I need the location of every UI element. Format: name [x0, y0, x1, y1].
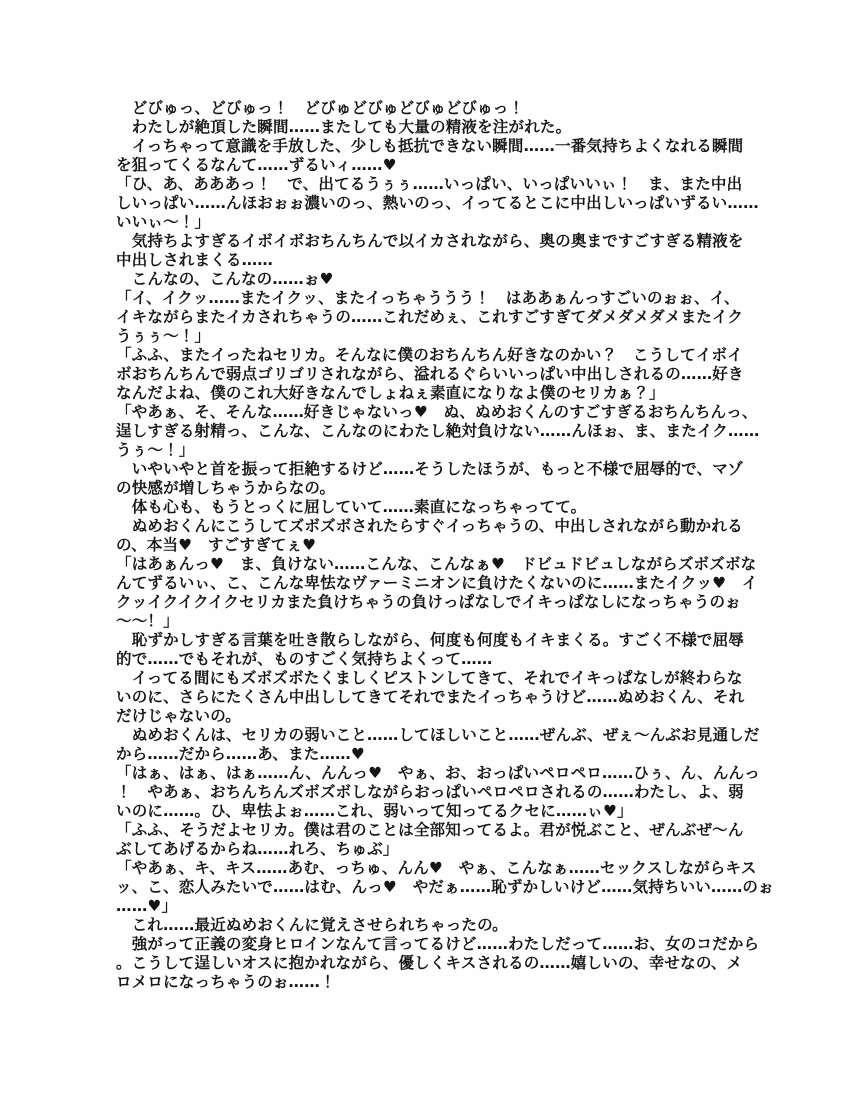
- text-line: 気持ちよすぎるイボイボおちんちんで以イカされながら、奥の奥まですごすぎる精液を: [116, 232, 764, 251]
- body-text: どびゅっ、どびゅっ！ どびゅどびゅどびゅどびゅっ！ わたしが絶頂した瞬間……また…: [116, 99, 764, 992]
- text-line: これ……最近ぬめおくんに覚えさせられちゃったの。: [116, 916, 764, 935]
- text-line: 中出しされまくる……: [116, 251, 764, 270]
- text-line: いやいやと首を振って拒絶するけど……そうしたほうが、もっと不様で屈辱的で、マゾ: [116, 460, 764, 479]
- text-line: クッイクイクイクセリカまた負けちゃうの負けっぱなしでイキっぱなしになっちゃうのぉ: [116, 593, 764, 612]
- text-line: 体も心も、もうとっくに屈していて……素直になっちゃってて。: [116, 498, 764, 517]
- text-line: ッ、こ、恋人みたいで……はむ、んっ♥ やだぁ……恥ずかしいけど……気持ちいい………: [116, 878, 764, 897]
- text-line: 「はぁ、はぁ、はぁ……ん、んんっ♥ やぁ、お、おっぱいペロペロ……ひぅ、ん、んん…: [116, 764, 764, 783]
- text-line: から……だから……あ、また……♥: [116, 745, 764, 764]
- text-line: うぅぅ～！」: [116, 327, 764, 346]
- text-line: どびゅっ、どびゅっ！ どびゅどびゅどびゅどびゅっ！: [116, 99, 764, 118]
- text-line: いのに、さらにたくさん中出ししてきてそれでまたイっちゃうけど……ぬめおくん、それ: [116, 688, 764, 707]
- text-line: の、本当♥ すごすぎてぇ♥: [116, 536, 764, 555]
- text-line: わたしが絶頂した瞬間……またしても大量の精液を注がれた。: [116, 118, 764, 137]
- text-line: ぶしてあげるからね……れろ、ちゅぶ」: [116, 840, 764, 859]
- text-line: 「ひ、あ、あああっ！ で、出てるうぅぅ……いっぱい、いっぱいいぃ！ ま、また中出: [116, 175, 764, 194]
- text-line: 逞しすぎる射精っ、こんな、こんなのにわたし絶対負けない……んほぉ、ま、またイク……: [116, 422, 764, 441]
- text-line: いのに……。ひ、卑怯よぉ……これ、弱いって知ってるクセに……ぃ♥」: [116, 802, 764, 821]
- text-line: イっちゃって意識を手放した、少しも抵抗できない瞬間……一番気持ちよくなれる瞬間: [116, 137, 764, 156]
- text-line: んてずるいぃ、こ、こんな卑怯なヴァーミニオンに負けたくないのに……またイクッ♥ …: [116, 574, 764, 593]
- text-line: 強がって正義の変身ヒロインなんて言ってるけど……わたしだって……お、女のコだから: [116, 935, 764, 954]
- text-line: の快感が増しちゃうからなの。: [116, 479, 764, 498]
- text-line: 「やあぁ、そ、そんな……好きじゃないっ♥ ぬ、ぬめおくんのすごすぎるおちんちんっ…: [116, 403, 764, 422]
- text-line: こんなの、こんなの……ぉ♥: [116, 270, 764, 289]
- text-line: 恥ずかしすぎる言葉を吐き散らしながら、何度も何度もイキまくる。すごく不様で屈辱: [116, 631, 764, 650]
- text-line: ！ やあぁ、おちんちんズボズボしながらおっぱいペロペロされるの……わたし、よ、弱: [116, 783, 764, 802]
- text-line: 「はあぁんっ♥ ま、負けない……こんな、こんなぁ♥ ドビュドビュしながらズボズボ…: [116, 555, 764, 574]
- text-line: なんだよね、僕のこれ大好きなんでしょねぇ素直になりなよ僕のセリカぁ？」: [116, 384, 764, 403]
- text-line: ボおちんちんで弱点ゴリゴリされながら、溢れるぐらいいっぱい中出しされるの……好き: [116, 365, 764, 384]
- text-line: 的で……でもそれが、ものすごく気持ちよくって……: [116, 650, 764, 669]
- text-line: 。こうして逞しいオスに抱かれながら、優しくキスされるの……嬉しいの、幸せなの、メ: [116, 954, 764, 973]
- text-line: ぬめおくんにこうしてズボズボされたらすぐイっちゃうの、中出しされながら動かれる: [116, 517, 764, 536]
- text-line: しいっぱい……んほおぉぉ濃いのっ、熱いのっ、イってるとこに中出しいっぱいずるい……: [116, 194, 764, 213]
- text-line: 「イ、イクッ……またイクッ、またイっちゃううう！ はああぁんっすごいのぉぉ、イ、: [116, 289, 764, 308]
- text-line: ……♥」: [116, 897, 764, 916]
- text-line: いいぃ～！」: [116, 213, 764, 232]
- text-line: 「やあぁ、キ、キス……あむ、っちゅ、んん♥ やぁ、こんなぁ……セックスしながらキ…: [116, 859, 764, 878]
- text-line: ～～！」: [116, 612, 764, 631]
- text-line: うぅ～！」: [116, 441, 764, 460]
- text-line: 「ふふ、またイったねセリカ。そんなに僕のおちんちん好きなのかい？ こうしてイボイ: [116, 346, 764, 365]
- text-line: を狙ってくるなんて……ずるいィ……♥: [116, 156, 764, 175]
- text-line: イってる間にもズボズボたくましくピストンしてきて、それでイキっぱなしが終わらな: [116, 669, 764, 688]
- novel-page: どびゅっ、どびゅっ！ どびゅどびゅどびゅどびゅっ！ わたしが絶頂した瞬間……また…: [0, 0, 850, 1100]
- text-line: 「ふふ、そうだよセリカ。僕は君のことは全部知ってるよ。君が悦ぶこと、ぜんぶぜ～ん: [116, 821, 764, 840]
- text-line: ぬめおくんは、セリカの弱いこと……してほしいこと……ぜんぶ、ぜぇ～んぶお見通しだ: [116, 726, 764, 745]
- text-line: ロメロになっちゃうのぉ……！: [116, 973, 764, 992]
- text-line: だけじゃないの。: [116, 707, 764, 726]
- text-line: イキながらまたイカされちゃうの……これだめぇ、これすごすぎてダメダメダメまたイク: [116, 308, 764, 327]
